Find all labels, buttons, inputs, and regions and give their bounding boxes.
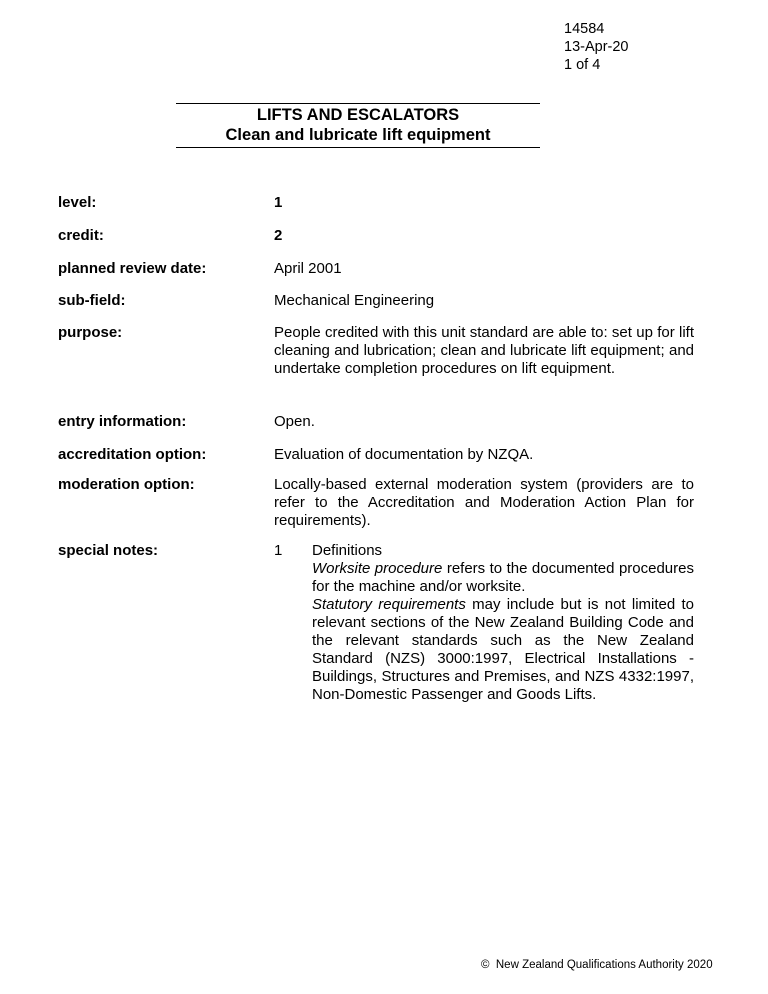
page-number: 1 of 4 — [564, 56, 628, 74]
definition-worksite-procedure: Worksite procedure refers to the documen… — [312, 560, 694, 596]
document-title: LIFTS AND ESCALATORS Clean and lubricate… — [176, 103, 540, 148]
field-label: purpose: — [58, 324, 122, 341]
field-label: credit: — [58, 227, 104, 244]
field-value: Mechanical Engineering — [274, 292, 694, 310]
definition-statutory-requirements: Statutory requirements may include but i… — [312, 596, 694, 704]
issue-date: 13-Apr-20 — [564, 38, 628, 56]
copyright-icon: © — [481, 959, 489, 971]
copyright-footer: © New Zealand Qualifications Authority 2… — [481, 959, 713, 971]
field-value: Locally-based external moderation system… — [274, 476, 694, 530]
field-value: People credited with this unit standard … — [274, 324, 694, 378]
field-value: April 2001 — [274, 260, 694, 278]
field-value: Open. — [274, 413, 694, 431]
field-label: level: — [58, 194, 96, 211]
note-heading: Definitions — [312, 542, 694, 560]
field-label: planned review date: — [58, 260, 206, 277]
title-domain: LIFTS AND ESCALATORS — [176, 105, 540, 125]
definition-term: Statutory requirements — [312, 596, 466, 613]
field-value: 2 — [274, 227, 694, 245]
definition-term: Worksite procedure — [312, 560, 442, 577]
document-meta: 14584 13-Apr-20 1 of 4 — [564, 20, 628, 74]
field-value: Evaluation of documentation by NZQA. — [274, 446, 694, 464]
field-label: accreditation option: — [58, 446, 206, 463]
field-label: special notes: — [58, 542, 158, 559]
title-unit: Clean and lubricate lift equipment — [176, 125, 540, 145]
unit-number: 14584 — [564, 20, 628, 38]
copyright-text: New Zealand Qualifications Authority 202… — [496, 959, 713, 971]
note-number: 1 — [274, 542, 282, 560]
field-label: sub-field: — [58, 292, 126, 309]
field-label: moderation option: — [58, 476, 195, 493]
field-value: 1 — [274, 194, 694, 212]
note-body: Definitions Worksite procedure refers to… — [312, 542, 694, 704]
field-label: entry information: — [58, 413, 186, 430]
